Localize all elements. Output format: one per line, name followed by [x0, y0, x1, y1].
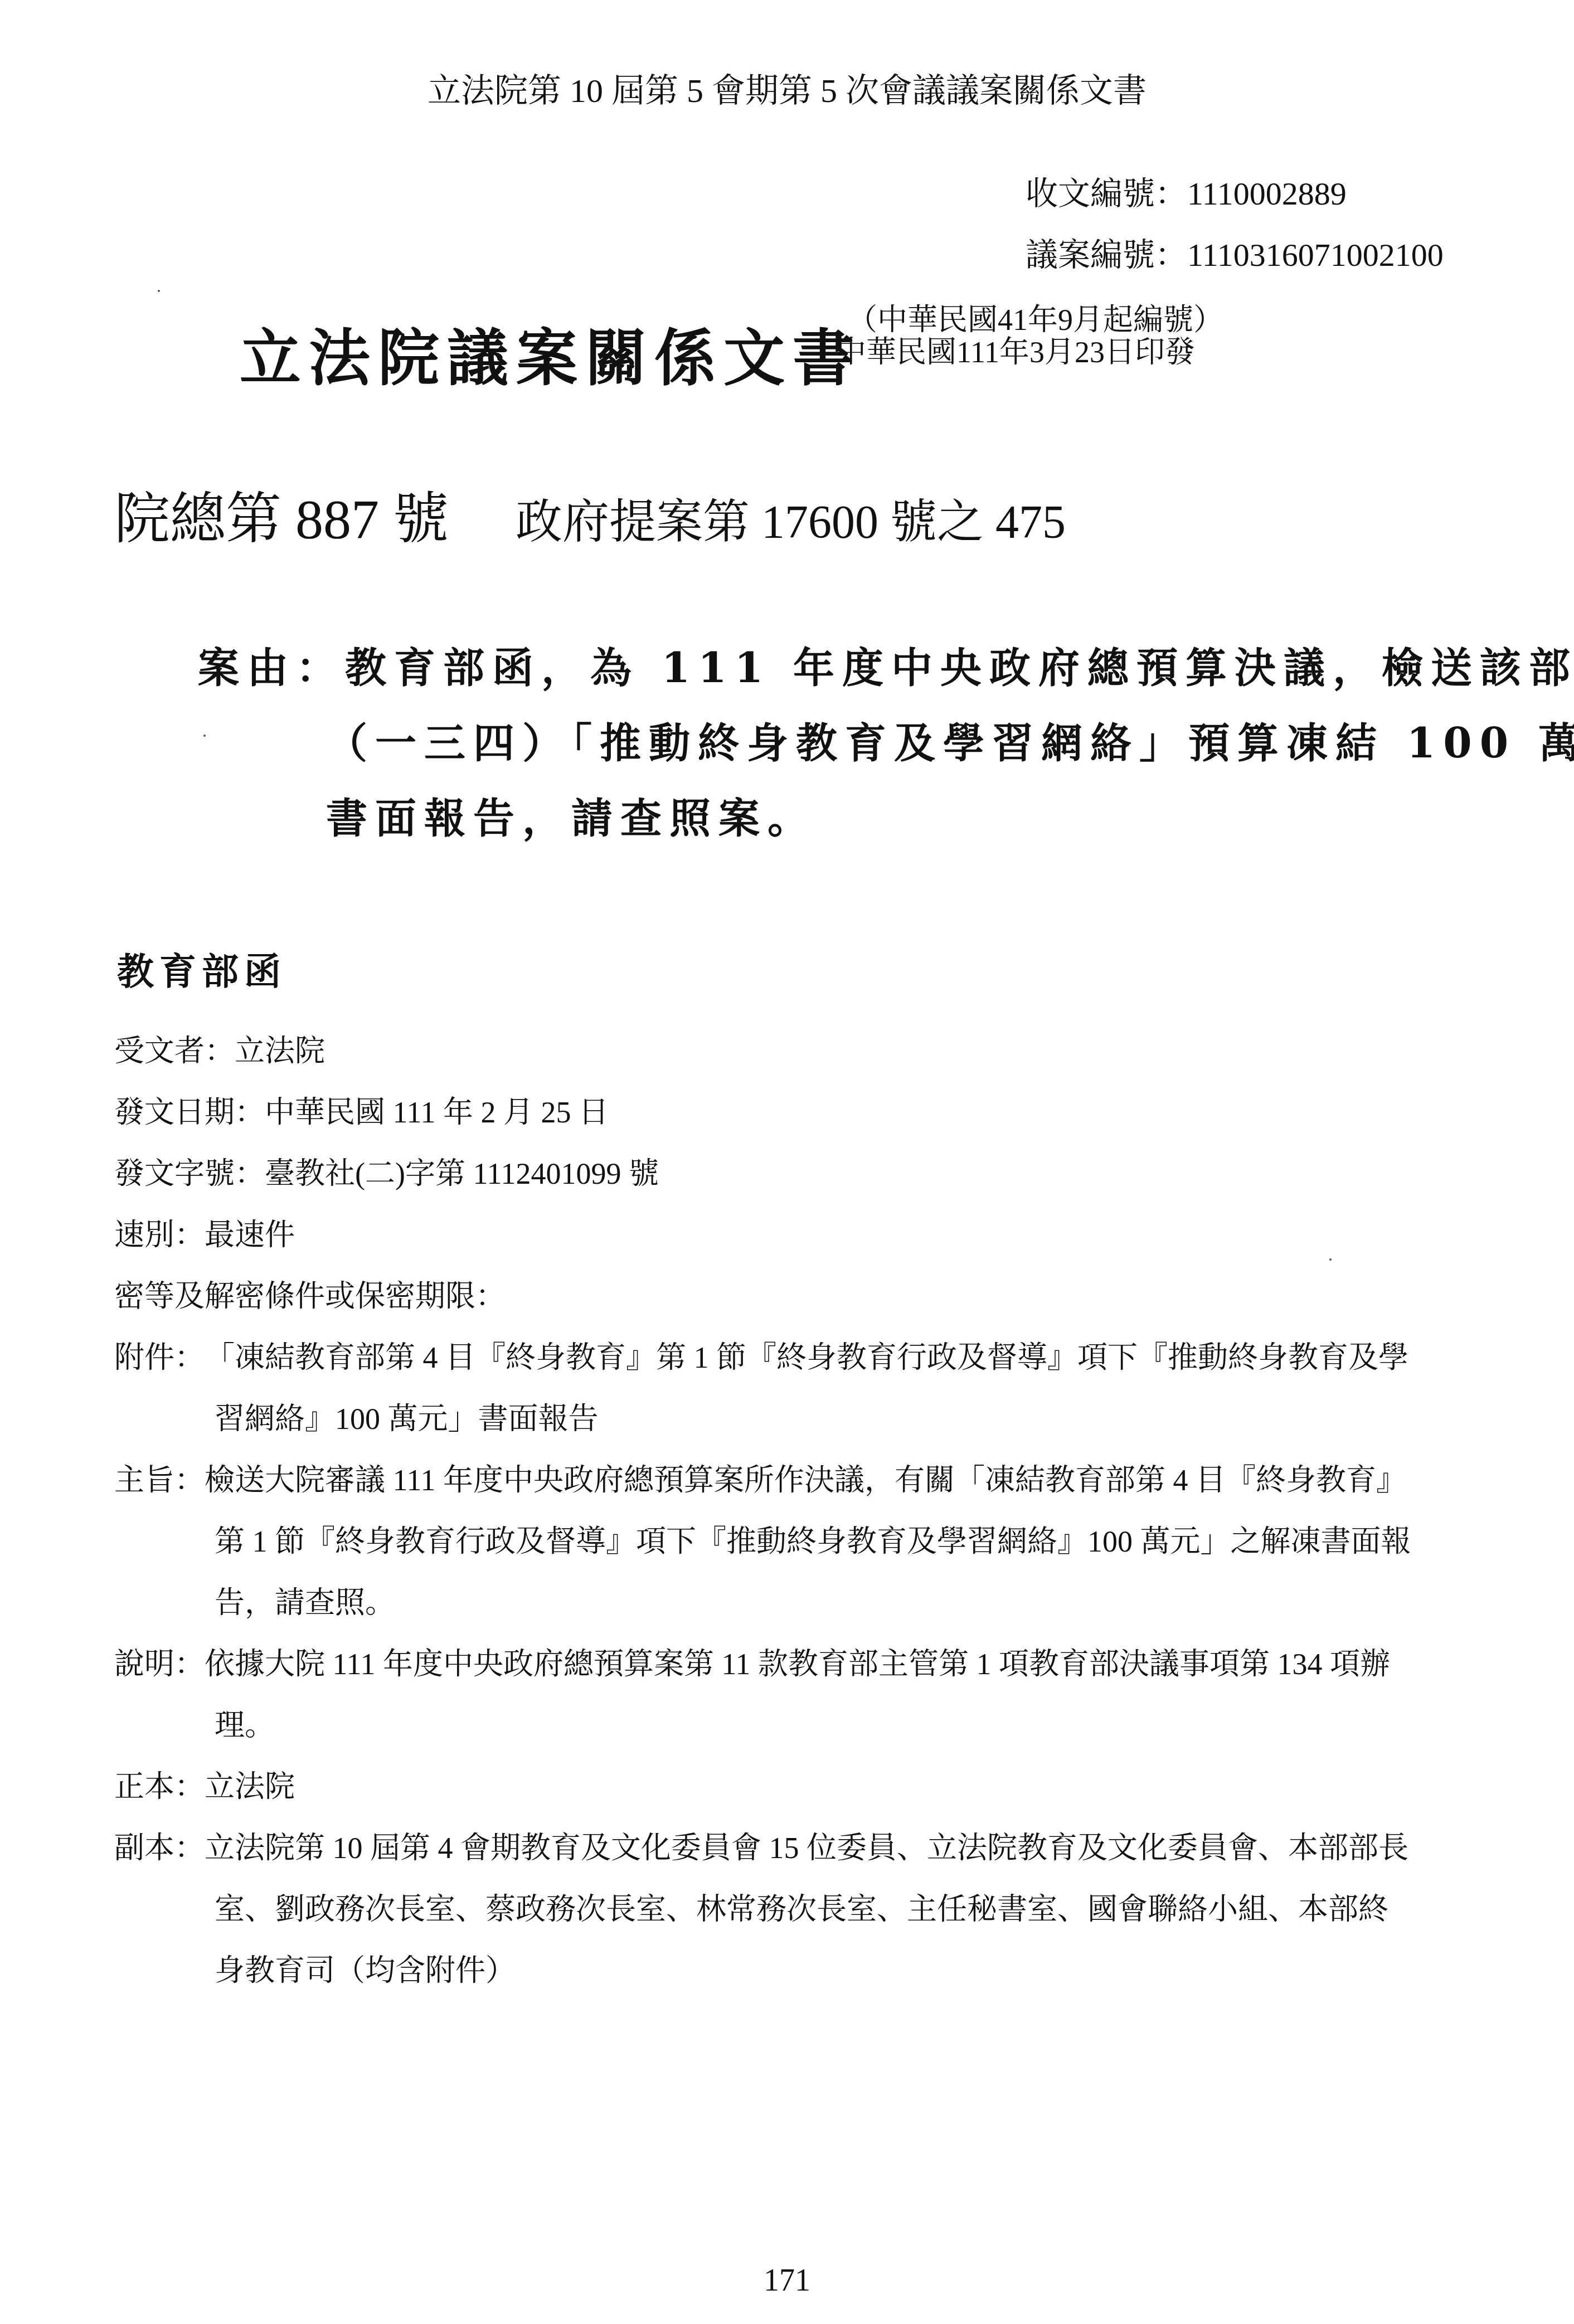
field-label: 密等及解密條件或保密期限：: [114, 1272, 506, 1315]
field-speed: 速別：最速件: [114, 1211, 295, 1254]
title-note: （中華民國41年9月起編號） 中華民國111年3月23日印發: [836, 304, 1223, 368]
cause-line: 書面報告，請查照案。: [326, 786, 817, 845]
field-secrecy: 密等及解密條件或保密期限：: [114, 1272, 506, 1315]
field-continuation: 身教育司（均含附件）: [215, 1947, 516, 1990]
field-value: 依據大院 111 年度中央政府總預算案第 11 款教育部主管第 1 項教育部決議…: [205, 1647, 1390, 1681]
field-label: 發文日期：: [114, 1088, 265, 1131]
field-copies: 副本：立法院第 10 屆第 4 會期教育及文化委員會 15 位委員、立法院教育及…: [114, 1824, 1408, 1867]
cause-line: 案由：教育部函，為 111 年度中央政府總預算決議，檢送該部決議: [198, 635, 1574, 694]
scan-speck: [158, 290, 160, 292]
running-header: 立法院第 10 屆第 5 會期第 5 次會議議案關係文書: [0, 64, 1574, 112]
letter-heading: 教育部函: [117, 942, 286, 995]
field-continuation: 室、劉政務次長室、蔡政務次長室、林常務次長室、主任秘書室、國會聯絡小組、本部終: [215, 1885, 1388, 1928]
field-recipient: 受文者：立法院: [114, 1027, 325, 1070]
proposal-number: 政府提案第 17600 號之 475: [516, 497, 1066, 548]
field-value: 立法院第 10 屆第 4 會期教育及文化委員會 15 位委員、立法院教育及文化委…: [205, 1831, 1408, 1865]
general-number: 院總第 887 號: [114, 488, 449, 550]
numbering-note: （中華民國41年9月起編號）: [836, 304, 1223, 336]
field-label: 主旨：: [114, 1456, 205, 1499]
field-attachment: 附件：「凍結教育部第 4 目『終身教育』第 1 節『終身教育行政及督導』項下『推…: [114, 1334, 1408, 1377]
field-value: 中華民國 111 年 2 月 25 日: [265, 1096, 609, 1129]
field-description: 說明：依據大院 111 年度中央政府總預算案第 11 款教育部主管第 1 項教育…: [114, 1640, 1390, 1683]
field-continuation: 理。: [215, 1701, 275, 1744]
field-value: 檢送大院審議 111 年度中央政府總預算案所作決議，有關「凍結教育部第 4 目『…: [205, 1464, 1406, 1497]
field-reference: 發文字號：臺教社(二)字第 1112401099 號: [114, 1150, 659, 1193]
bill-number: 議案編號：1110316071002100: [1026, 228, 1444, 275]
scan-speck: [203, 735, 206, 737]
field-original: 正本：立法院: [114, 1763, 295, 1806]
field-value: 立法院: [205, 1770, 295, 1803]
field-date: 發文日期：中華民國 111 年 2 月 25 日: [114, 1088, 609, 1131]
field-continuation: 第 1 節『終身教育行政及督導』項下『推動終身教育及學習網絡』100 萬元」之解…: [215, 1518, 1411, 1560]
field-label: 說明：: [114, 1640, 205, 1683]
field-continuation: 習網絡』100 萬元」書面報告: [215, 1395, 599, 1438]
field-value: 立法院: [235, 1034, 325, 1068]
field-continuation: 告，請查照。: [215, 1579, 395, 1622]
field-label: 速別：: [114, 1211, 205, 1254]
field-value: 最速件: [205, 1218, 295, 1252]
field-label: 正本：: [114, 1763, 205, 1806]
document-title: 立法院議案關係文書: [240, 309, 862, 397]
field-value: 「凍結教育部第 4 目『終身教育』第 1 節『終身教育行政及督導』項下『推動終身…: [205, 1341, 1408, 1374]
field-label: 受文者：: [114, 1027, 235, 1070]
scan-speck: [1329, 1258, 1332, 1261]
field-label: 副本：: [114, 1824, 205, 1867]
page-number: 171: [0, 2263, 1574, 2298]
field-value: 臺教社(二)字第 1112401099 號: [265, 1157, 659, 1190]
print-date: 中華民國111年3月23日印發: [836, 336, 1195, 369]
field-subject: 主旨：檢送大院審議 111 年度中央政府總預算案所作決議，有關「凍結教育部第 4…: [114, 1456, 1406, 1499]
receipt-number: 收文編號：1110002889: [1026, 167, 1347, 214]
field-label: 附件：: [114, 1334, 205, 1377]
document-number: 院總第 887 號政府提案第 17600 號之 475: [114, 474, 1066, 554]
field-label: 發文字號：: [114, 1150, 265, 1193]
cause-line: （一三四）「推動終身教育及學習網絡」預算凍結 100 萬元: [326, 711, 1574, 770]
